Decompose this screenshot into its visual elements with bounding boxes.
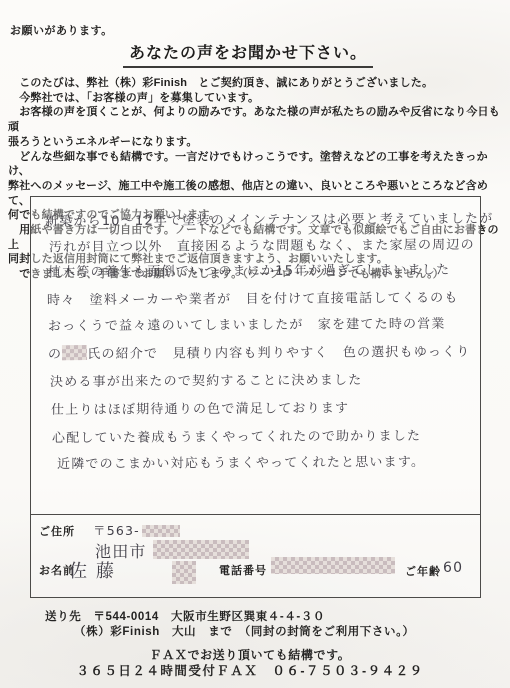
comment-line: 植木等の養生も面倒でいつのまにか15年が過ぎてしまいました <box>48 259 450 280</box>
comment-line-suffix: 氏の紹介で 見積り内容も判りやすく 色の選択もゆっくり <box>87 345 470 362</box>
comment-line: 新築から10～12年で塗装のメインテナンスは必要と考えていましたが <box>45 208 493 230</box>
contact-form-box: ご住所 〒563- 池田市 お名前 佐藤 電話番号 ご年齢 60 <box>30 514 481 598</box>
redacted-phone-mosaic <box>271 557 395 574</box>
send-to-address: 送り先 〒544-0014 大阪市生野区巽東４-４-３０ <box>45 608 325 624</box>
intro-line: 張ろうというエネルギーになります。 <box>8 135 505 150</box>
postal-code-text: 〒563- <box>93 523 140 538</box>
intro-line: 今弊社では、「お客様の声」を募集しています。 <box>8 91 505 106</box>
redacted-address-mosaic <box>153 540 249 559</box>
comment-line: 仕上りはほぼ期待通りの色で満足しております <box>51 397 349 418</box>
comment-line: 汚れが目立つ以外 直接困るような問題もなく、また家屋の周辺の <box>49 234 475 256</box>
request-note: お願いがあります。 <box>10 22 113 38</box>
redacted-givenname-mosaic <box>172 561 196 584</box>
comment-line: 近隣でのこまかい対応もうまくやってくれたと思います。 <box>57 451 425 472</box>
handwritten-comment-box: 新築から10～12年で塗装のメインテナンスは必要と考えていましたが 汚れが目立つ… <box>30 196 481 515</box>
comment-line: の氏の紹介で 見積り内容も判りやすく 色の選択もゆっくり <box>48 341 471 363</box>
comment-line: 心配していた養成もうまくやってくれたので助かりました <box>52 425 421 446</box>
comment-line: 決める事が出来たので契約することに決めました <box>50 369 363 390</box>
comment-line-prefix: の <box>48 347 62 362</box>
title-wrap: あなたの声をお聞かせ下さい。 <box>0 40 496 68</box>
phone-label: 電話番号 <box>219 562 267 578</box>
age-label: ご年齢 <box>405 563 441 579</box>
age-value: 60 <box>443 560 463 576</box>
fax-number: ３６５日２４時間受付ＦＡＸ ０６-７５０３-９４２９ <box>0 661 500 679</box>
redacted-name-mosaic <box>62 345 87 360</box>
comment-line: 時々 塗料メーカーや業者が 目を付けて直接電話してくるのも <box>47 287 459 309</box>
page-title: あなたの声をお聞かせ下さい。 <box>123 40 373 68</box>
intro-line: お客様の声を頂くことが、何よりの励みです。あなた様の声が私たちの励みや反省になり… <box>8 105 505 134</box>
intro-line: どんな些細な事でも結構です。一言だけでもけっこうです。塗替えなどの工事を考えたき… <box>8 150 505 179</box>
send-to-company: （株）彩Finish 大山 まで （同封の封筒をご利用下さい。） <box>74 623 415 639</box>
name-value: 佐藤 <box>69 557 123 583</box>
redacted-postal-mosaic <box>142 525 180 537</box>
address-label: ご住所 <box>39 523 75 539</box>
scanned-feedback-sheet: お願いがあります。 あなたの声をお聞かせ下さい。 このたびは、弊社（株）彩Fin… <box>0 0 510 688</box>
postal-code-value: 〒563- <box>93 521 180 539</box>
intro-line: このたびは、弊社（株）彩Finish とご契約頂き、誠にありがとうございました。 <box>8 76 505 91</box>
comment-line: おっくうで益々遠のいてしまいましたが 家を建てた時の営業 <box>48 313 446 334</box>
